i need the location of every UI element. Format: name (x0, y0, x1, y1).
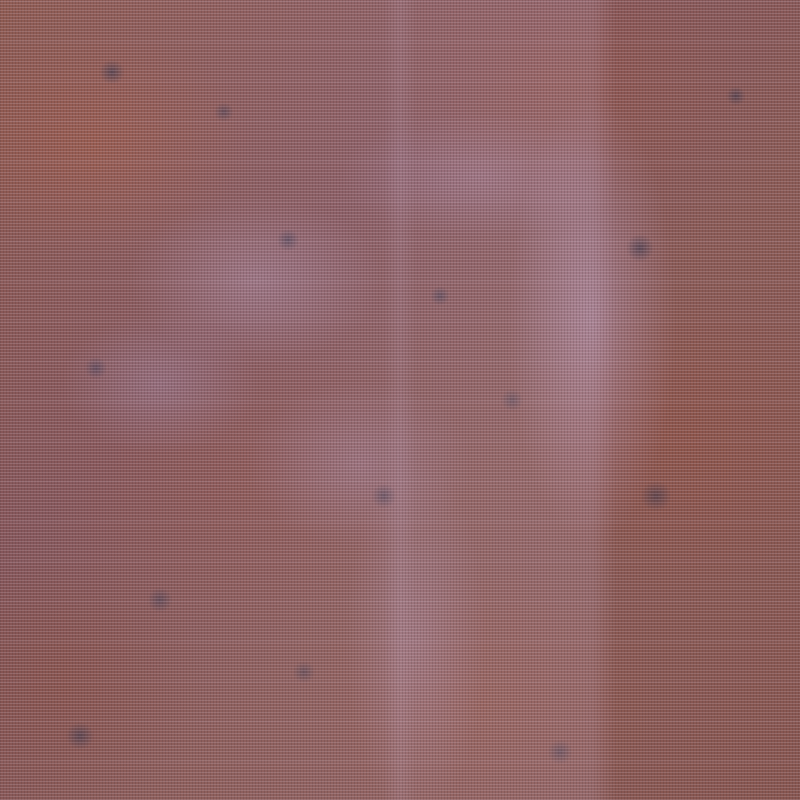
weave-grid-texture (0, 0, 800, 800)
rug-texture-image (0, 0, 800, 800)
